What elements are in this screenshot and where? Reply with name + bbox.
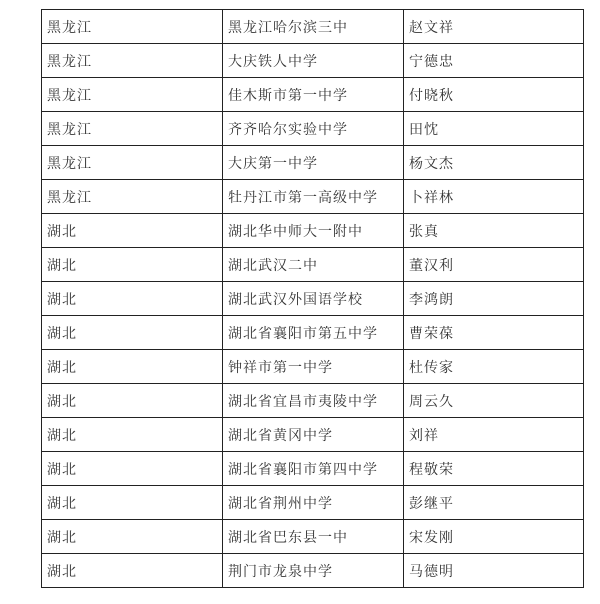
province-cell: 湖北 — [42, 316, 223, 350]
school-cell: 大庆第一中学 — [223, 146, 404, 180]
table-row: 黑龙江佳木斯市第一中学付晓秋 — [42, 78, 584, 112]
table-row: 湖北湖北省襄阳市第四中学程敬荣 — [42, 452, 584, 486]
school-cell: 湖北省襄阳市第四中学 — [223, 452, 404, 486]
name-cell: 李鸿朗 — [404, 282, 584, 316]
province-cell: 黑龙江 — [42, 112, 223, 146]
table-row: 湖北湖北省宜昌市夷陵中学周云久 — [42, 384, 584, 418]
table-row: 湖北湖北省荆州中学彭继平 — [42, 486, 584, 520]
school-cell: 湖北省宜昌市夷陵中学 — [223, 384, 404, 418]
school-cell: 大庆铁人中学 — [223, 44, 404, 78]
province-cell: 湖北 — [42, 452, 223, 486]
school-cell: 湖北省黄冈中学 — [223, 418, 404, 452]
province-cell: 黑龙江 — [42, 146, 223, 180]
table-row: 湖北湖北华中师大一附中张真 — [42, 214, 584, 248]
roster-table: 黑龙江黑龙江哈尔滨三中赵文祥黑龙江大庆铁人中学宁德忠黑龙江佳木斯市第一中学付晓秋… — [41, 9, 584, 588]
province-cell: 黑龙江 — [42, 44, 223, 78]
name-cell: 杜传家 — [404, 350, 584, 384]
table-row: 湖北湖北省襄阳市第五中学曹荣葆 — [42, 316, 584, 350]
province-cell: 湖北 — [42, 248, 223, 282]
province-cell: 湖北 — [42, 350, 223, 384]
name-cell: 田忱 — [404, 112, 584, 146]
table-row: 黑龙江黑龙江哈尔滨三中赵文祥 — [42, 10, 584, 44]
province-cell: 湖北 — [42, 418, 223, 452]
name-cell: 董汉利 — [404, 248, 584, 282]
table-row: 黑龙江牡丹江市第一高级中学卜祥林 — [42, 180, 584, 214]
name-cell: 宋发刚 — [404, 520, 584, 554]
school-cell: 佳木斯市第一中学 — [223, 78, 404, 112]
roster-table-container: 黑龙江黑龙江哈尔滨三中赵文祥黑龙江大庆铁人中学宁德忠黑龙江佳木斯市第一中学付晓秋… — [41, 9, 584, 588]
roster-table-body: 黑龙江黑龙江哈尔滨三中赵文祥黑龙江大庆铁人中学宁德忠黑龙江佳木斯市第一中学付晓秋… — [42, 10, 584, 588]
table-row: 黑龙江大庆铁人中学宁德忠 — [42, 44, 584, 78]
school-cell: 齐齐哈尔实验中学 — [223, 112, 404, 146]
school-cell: 湖北武汉外国语学校 — [223, 282, 404, 316]
name-cell: 卜祥林 — [404, 180, 584, 214]
province-cell: 湖北 — [42, 214, 223, 248]
province-cell: 黑龙江 — [42, 78, 223, 112]
table-row: 湖北湖北武汉二中董汉利 — [42, 248, 584, 282]
school-cell: 钟祥市第一中学 — [223, 350, 404, 384]
table-row: 黑龙江大庆第一中学杨文杰 — [42, 146, 584, 180]
province-cell: 湖北 — [42, 486, 223, 520]
name-cell: 曹荣葆 — [404, 316, 584, 350]
school-cell: 荆门市龙泉中学 — [223, 554, 404, 588]
school-cell: 牡丹江市第一高级中学 — [223, 180, 404, 214]
province-cell: 黑龙江 — [42, 180, 223, 214]
table-row: 湖北湖北武汉外国语学校李鸿朗 — [42, 282, 584, 316]
province-cell: 黑龙江 — [42, 10, 223, 44]
school-cell: 湖北省巴东县一中 — [223, 520, 404, 554]
table-row: 湖北湖北省黄冈中学刘祥 — [42, 418, 584, 452]
table-row: 湖北荆门市龙泉中学马德明 — [42, 554, 584, 588]
province-cell: 湖北 — [42, 520, 223, 554]
province-cell: 湖北 — [42, 384, 223, 418]
name-cell: 马德明 — [404, 554, 584, 588]
name-cell: 刘祥 — [404, 418, 584, 452]
school-cell: 黑龙江哈尔滨三中 — [223, 10, 404, 44]
school-cell: 湖北华中师大一附中 — [223, 214, 404, 248]
school-cell: 湖北省荆州中学 — [223, 486, 404, 520]
province-cell: 湖北 — [42, 282, 223, 316]
name-cell: 程敬荣 — [404, 452, 584, 486]
table-row: 湖北湖北省巴东县一中宋发刚 — [42, 520, 584, 554]
school-cell: 湖北省襄阳市第五中学 — [223, 316, 404, 350]
name-cell: 杨文杰 — [404, 146, 584, 180]
table-row: 黑龙江齐齐哈尔实验中学田忱 — [42, 112, 584, 146]
table-row: 湖北钟祥市第一中学杜传家 — [42, 350, 584, 384]
school-cell: 湖北武汉二中 — [223, 248, 404, 282]
name-cell: 张真 — [404, 214, 584, 248]
name-cell: 彭继平 — [404, 486, 584, 520]
name-cell: 赵文祥 — [404, 10, 584, 44]
name-cell: 付晓秋 — [404, 78, 584, 112]
province-cell: 湖北 — [42, 554, 223, 588]
name-cell: 周云久 — [404, 384, 584, 418]
name-cell: 宁德忠 — [404, 44, 584, 78]
